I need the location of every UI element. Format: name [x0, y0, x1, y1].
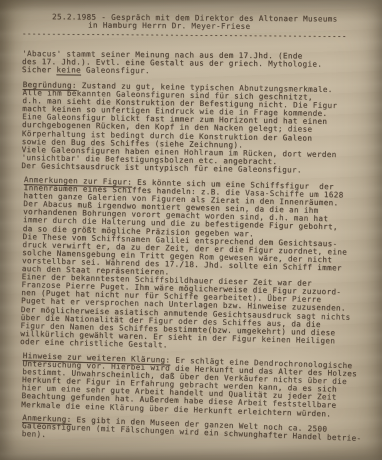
typed-divider: ----------------------------------------… — [22, 30, 370, 41]
paragraph: Anmerkung: Es gibt in den Museen der gan… — [22, 414, 371, 452]
document-body: 'Abacus' stammt seiner Meinung nach aus … — [22, 50, 370, 438]
paragraph: Anmerkungen zur Figur: Es könnte sich um… — [20, 176, 372, 354]
underlined-heading: keine — [56, 66, 81, 75]
text-segment: Sicher — [22, 65, 57, 74]
typewritten-page: 25.2.1985 - Gespräch mit dem Direktor de… — [0, 0, 382, 439]
document-header: 25.2.1985 - Gespräch mit dem Direktor de… — [22, 13, 370, 41]
paragraph: Hinweise zur weiteren Klärung: Er schläg… — [21, 352, 371, 419]
document-photo: 25.2.1985 - Gespräch mit dem Direktor de… — [0, 0, 382, 460]
paragraph: 'Abacus' stammt seiner Meinung nach aus … — [22, 50, 370, 77]
text-segment: ben). — [22, 429, 47, 439]
text-segment: Galeonsfigur. — [81, 66, 150, 76]
paragraph: Begründung: Zustand zu gut, keine typisc… — [21, 81, 370, 176]
